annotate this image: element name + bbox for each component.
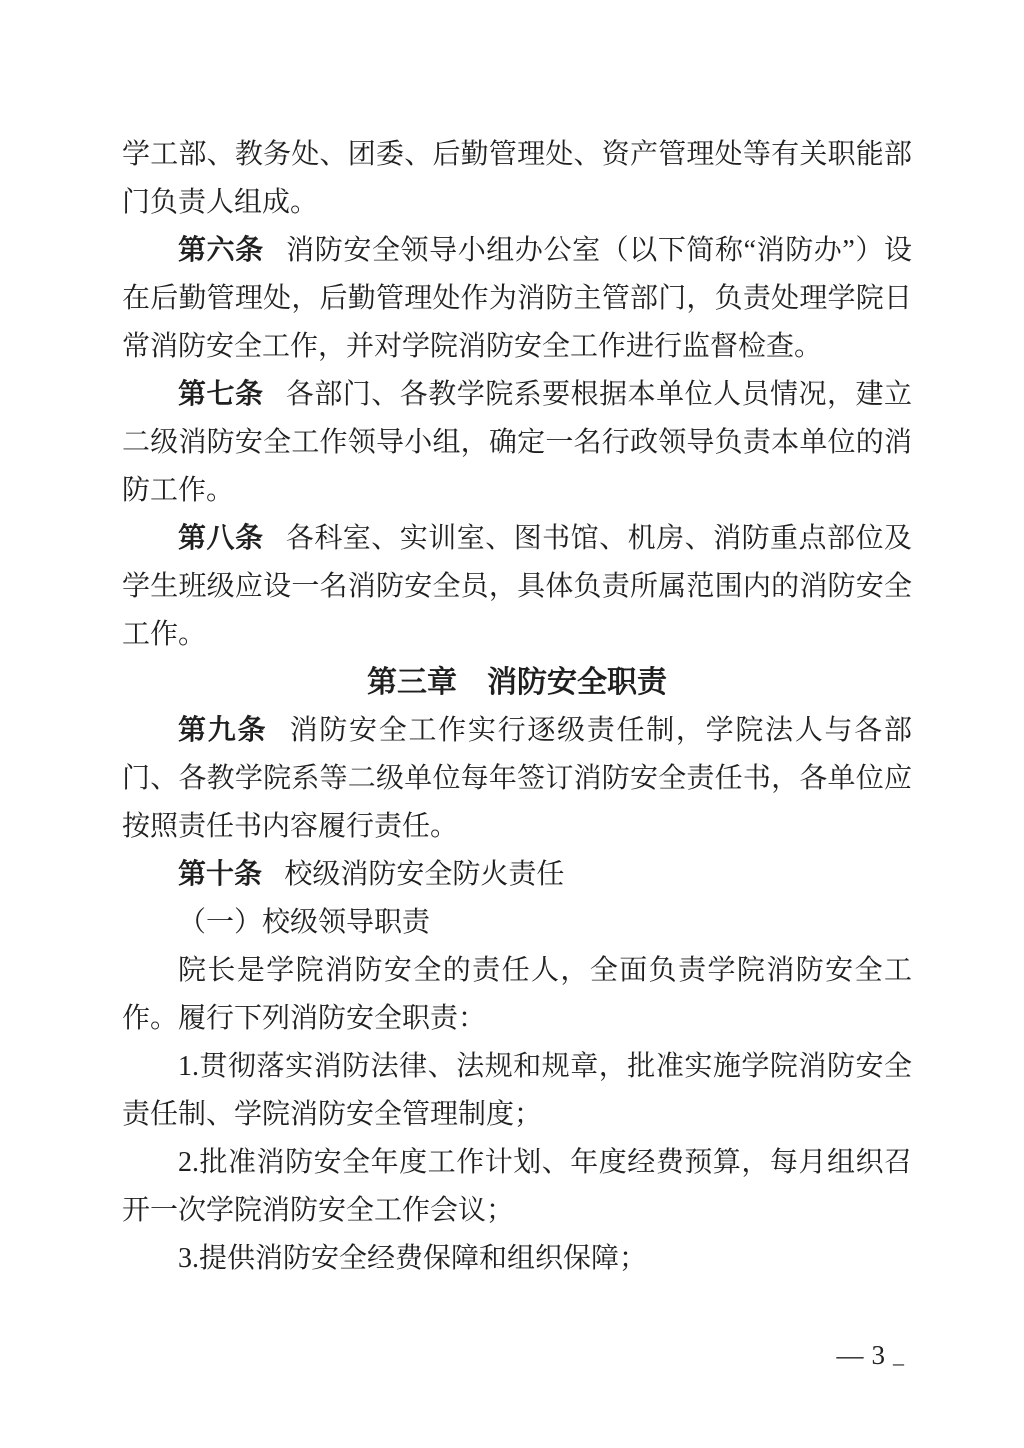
paragraph: 第六条消防安全领导小组办公室（以下简称“消防办”）设在后勤管理处，后勤管理处作为… <box>122 227 912 371</box>
article-number-lead: 第十条 <box>178 859 262 890</box>
article-number-lead: 第八条 <box>178 523 263 554</box>
page-number: —3– <box>837 1340 907 1372</box>
paragraph: 学工部、教务处、团委、后勤管理处、资产管理处等有关职能部门负责人组成。 <box>122 131 912 227</box>
document-body: 学工部、教务处、团委、后勤管理处、资产管理处等有关职能部门负责人组成。 第六条消… <box>122 131 912 1283</box>
paragraph: 院长是学院消防安全的责任人，全面负责学院消防安全工作。履行下列消防安全职责： <box>122 947 912 1043</box>
article-number-lead: 第九条 <box>178 715 267 746</box>
paragraph: 第十条校级消防安全防火责任 <box>122 851 912 899</box>
page-number-dash-left: — <box>837 1340 866 1370</box>
document-page: 学工部、教务处、团委、后勤管理处、资产管理处等有关职能部门负责人组成。 第六条消… <box>0 0 1024 1448</box>
paragraph: 3.提供消防安全经费保障和组织保障； <box>122 1235 912 1283</box>
paragraph: 2.批准消防安全年度工作计划、年度经费预算，每月组织召开一次学院消防安全工作会议… <box>122 1139 912 1235</box>
paragraph: 1.贯彻落实消防法律、法规和规章，批准实施学院消防安全责任制、学院消防安全管理制… <box>122 1043 912 1139</box>
chapter-title: 消防安全职责 <box>487 666 667 699</box>
paragraph: （一）校级领导职责 <box>122 899 912 947</box>
paragraph: 第九条消防安全工作实行逐级责任制，学院法人与各部门、各教学院系等二级单位每年签订… <box>122 707 912 851</box>
chapter-number: 第三章 <box>367 666 457 699</box>
chapter-heading: 第三章消防安全职责 <box>122 659 912 707</box>
paragraph-text: 校级消防安全防火责任 <box>284 859 564 890</box>
article-number-lead: 第六条 <box>178 235 264 266</box>
paragraph: 第八条各科室、实训室、图书馆、机房、消防重点部位及学生班级应设一名消防安全员，具… <box>122 515 912 659</box>
article-number-lead: 第七条 <box>178 379 263 410</box>
page-number-value: 3 <box>872 1340 888 1370</box>
page-number-dash-right: – <box>893 1348 906 1378</box>
paragraph: 第七条各部门、各教学院系要根据本单位人员情况，建立二级消防安全工作领导小组，确定… <box>122 371 912 515</box>
